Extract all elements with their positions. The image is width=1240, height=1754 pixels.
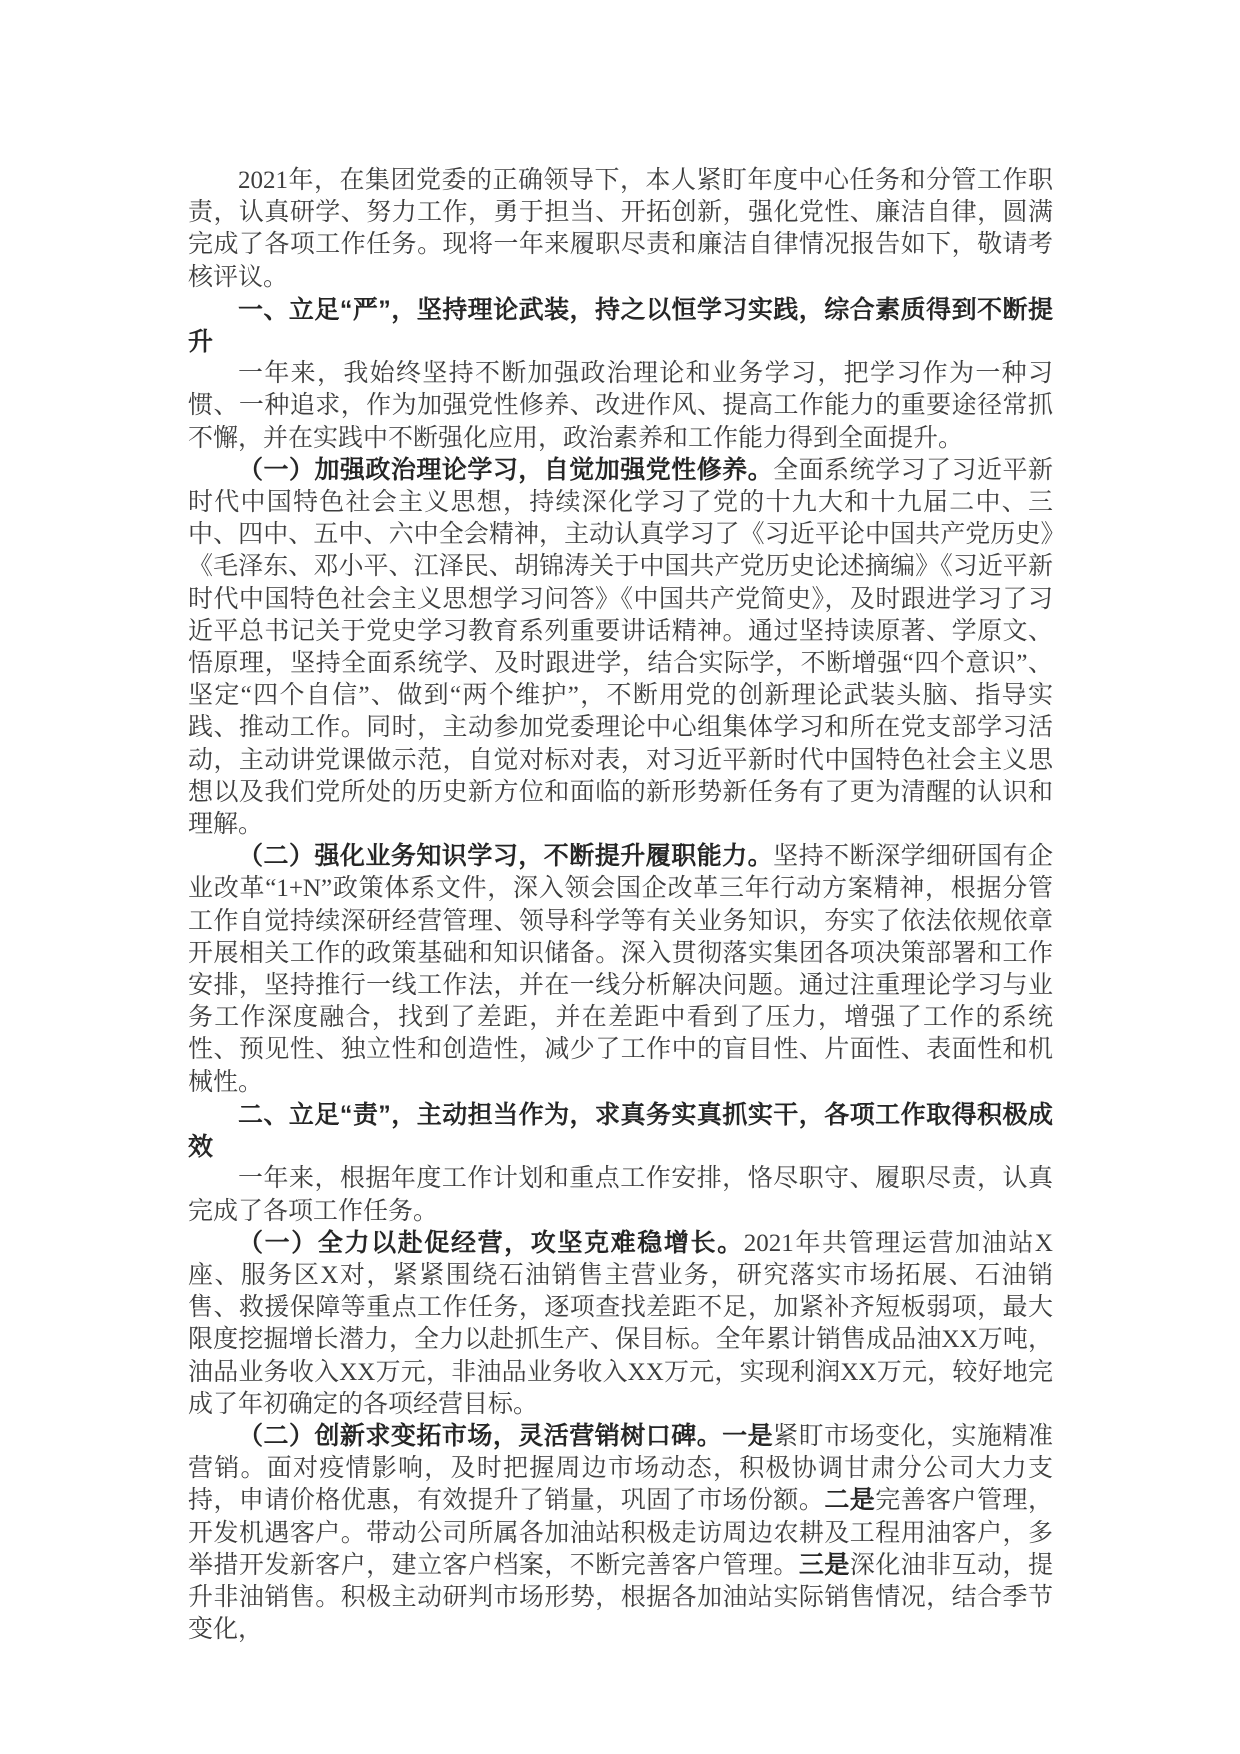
- bold-text-segment: （一）全力以赴促经营，攻坚克难稳增长。: [238, 1230, 744, 1257]
- body-paragraph: （二）强化业务知识学习，不断提升履职能力。坚持不断深学细研国有企业改革“1+N”…: [188, 841, 1053, 1099]
- document-page: 2021年，在集团党委的正确领导下，本人紧盯年度中心任务和分管工作职责，认真研学…: [0, 0, 1240, 1754]
- bold-text-segment: 二是: [824, 1487, 875, 1514]
- bold-text-segment: 二、立足“责”，主动担当作为，求真务实真抓实干，各项工作取得积极成效: [188, 1101, 1053, 1161]
- bold-text-segment: （二）创新求变拓市场，灵活营销树口碑。一是: [238, 1423, 773, 1450]
- body-paragraph: 2021年，在集团党委的正确领导下，本人紧盯年度中心任务和分管工作职责，认真研学…: [188, 165, 1053, 294]
- bold-text-segment: （二）强化业务知识学习，不断提升履职能力。: [238, 843, 773, 870]
- text-segment: 2021年，在集团党委的正确领导下，本人紧盯年度中心任务和分管工作职责，认真研学…: [188, 167, 1053, 291]
- bold-text-segment: （一）加强政治理论学习，自觉加强党性修养。: [238, 457, 773, 484]
- body-paragraph: （一）加强政治理论学习，自觉加强党性修养。全面系统学习了习近平新时代中国特色社会…: [188, 455, 1053, 841]
- body-paragraph: （一）全力以赴促经营，攻坚克难稳增长。2021年共管理运营加油站X座、服务区X对…: [188, 1228, 1053, 1421]
- bold-text-segment: 三是: [799, 1552, 850, 1579]
- body-paragraph: 一年来，根据年度工作计划和重点工作安排，恪尽职守、履职尽责，认真完成了各项工作任…: [188, 1163, 1053, 1227]
- text-segment: 一年来，我始终坚持不断加强政治理论和业务学习，把学习作为一种习惯、一种追求，作为…: [188, 360, 1053, 451]
- body-paragraph: 一年来，我始终坚持不断加强政治理论和业务学习，把学习作为一种习惯、一种追求，作为…: [188, 358, 1053, 455]
- heading-paragraph: 一、立足“严”，坚持理论武装，持之以恒学习实践，综合素质得到不断提升: [188, 294, 1053, 358]
- text-segment: 2021年共管理运营加油站X座、服务区X对，紧紧围绕石油销售主营业务，研究落实市…: [188, 1230, 1053, 1418]
- body-paragraph: （二）创新求变拓市场，灵活营销树口碑。一是紧盯市场变化，实施精准营销。面对疫情影…: [188, 1421, 1053, 1646]
- bold-text-segment: 一、立足“严”，坚持理论武装，持之以恒学习实践，综合素质得到不断提升: [188, 296, 1053, 356]
- text-segment: 坚持不断深学细研国有企业改革“1+N”政策体系文件，深入领会国企改革三年行动方案…: [188, 843, 1053, 1095]
- text-segment: 全面系统学习了习近平新时代中国特色社会主义思想，持续深化学习了党的十九大和十九届…: [188, 457, 1053, 838]
- heading-paragraph: 二、立足“责”，主动担当作为，求真务实真抓实干，各项工作取得积极成效: [188, 1099, 1053, 1163]
- document-content: 2021年，在集团党委的正确领导下，本人紧盯年度中心任务和分管工作职责，认真研学…: [188, 165, 1053, 1646]
- text-segment: 一年来，根据年度工作计划和重点工作安排，恪尽职守、履职尽责，认真完成了各项工作任…: [188, 1165, 1053, 1224]
